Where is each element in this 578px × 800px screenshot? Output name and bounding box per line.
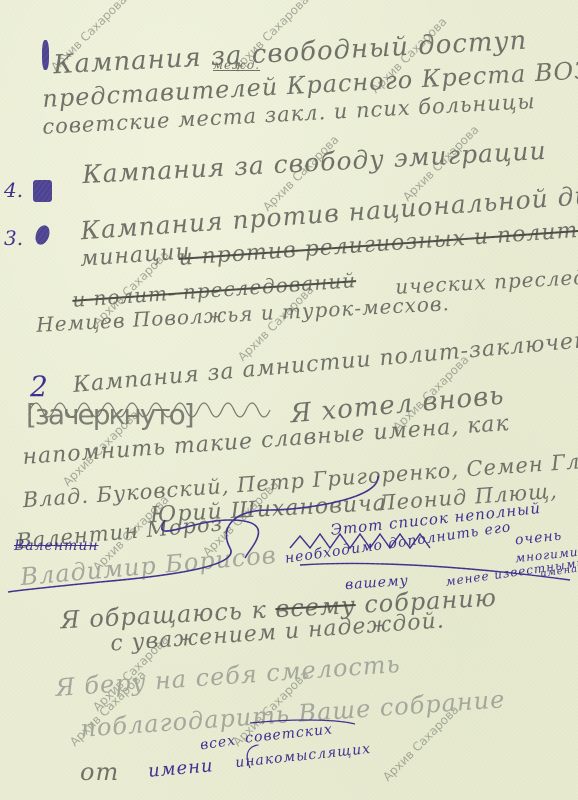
closing-line-3-start: от: [80, 758, 119, 786]
scribbled-out-text: [зачеркнуто]: [26, 398, 193, 431]
closing-faint-1: Я беру на себя смелость: [54, 650, 401, 702]
item-4-line-1: Кампания за свободу эмиграции: [82, 136, 548, 189]
item-marker-scribble: [33, 223, 52, 246]
item-3-number: 3.: [4, 226, 23, 250]
closing-ink-word-1: всех: [199, 733, 237, 754]
item-1-insertion: межд.: [213, 58, 260, 72]
paper-page: Архив Сахарова Архив Сахарова Архив Саха…: [0, 0, 578, 800]
ink-annotation-3: очень: [514, 528, 563, 549]
item-4-number: 4.: [4, 178, 23, 202]
struck-name: Валентин: [14, 538, 99, 554]
item-marker-scribble: [42, 40, 49, 70]
item-marker-scribble: [33, 180, 52, 202]
closing-line-3-mid: имени: [147, 755, 214, 782]
